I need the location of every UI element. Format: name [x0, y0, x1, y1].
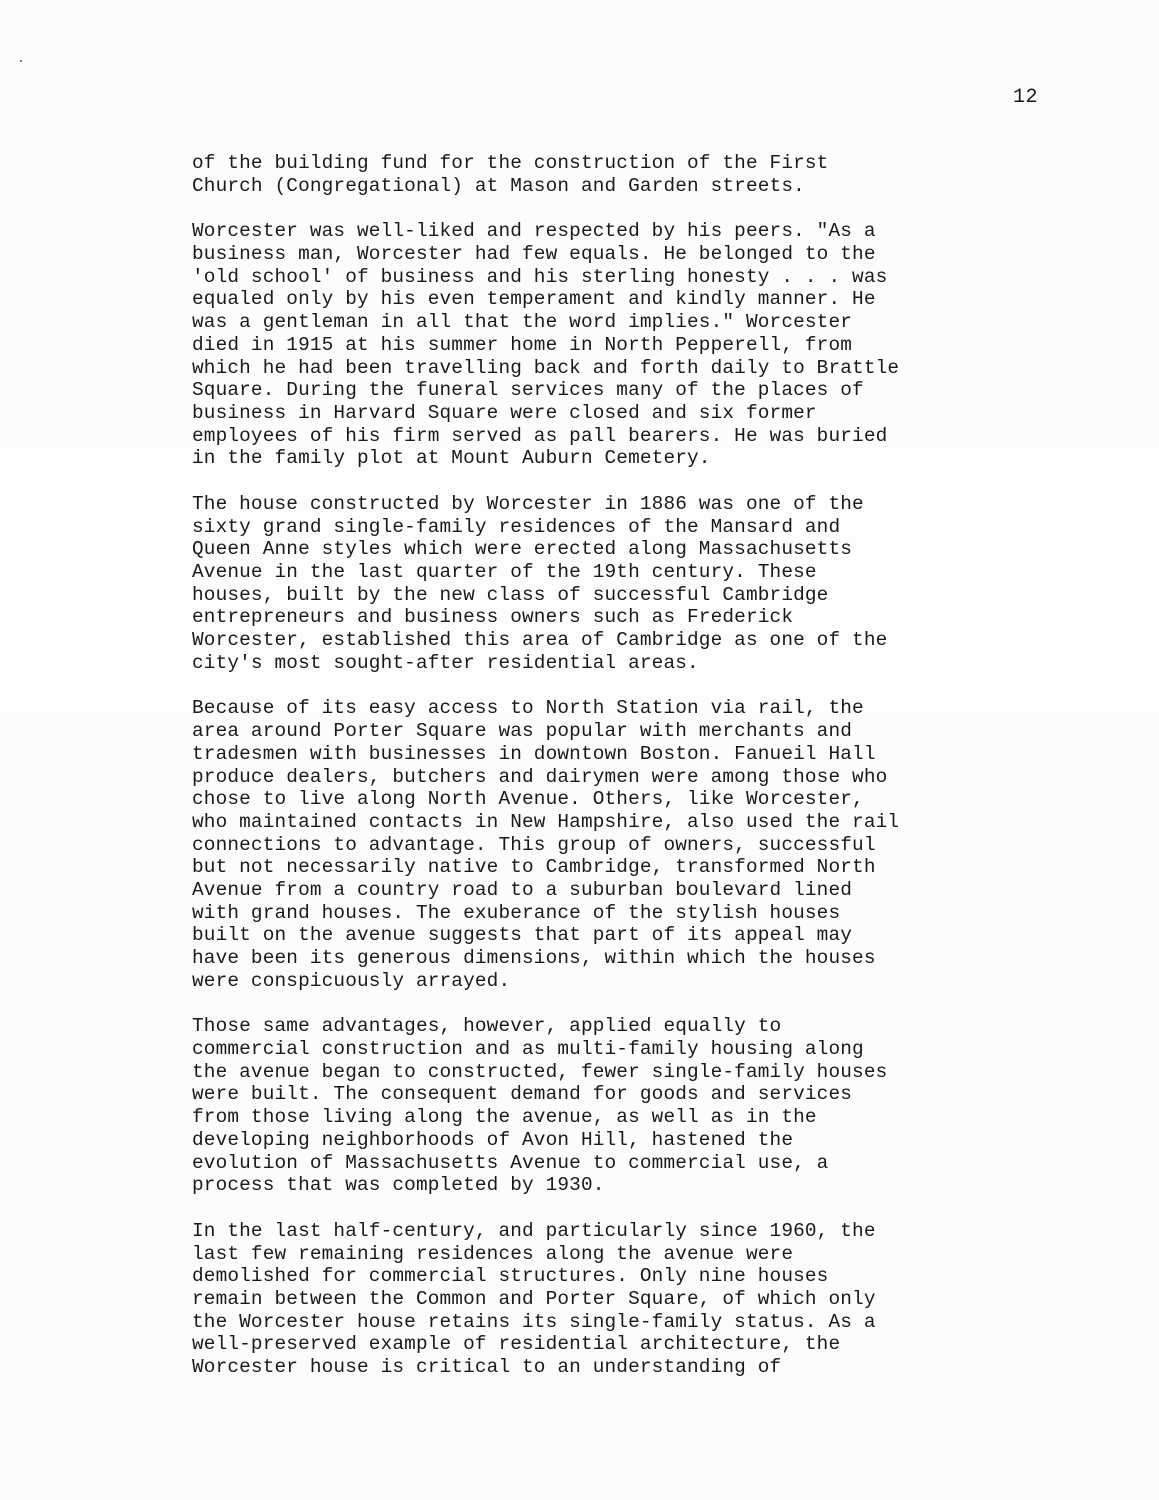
text-line: Avenue from a country road to a suburban… — [192, 879, 1032, 902]
text-line: died in 1915 at his summer home in North… — [192, 334, 1032, 357]
text-line: produce dealers, butchers and dairymen w… — [192, 766, 1032, 789]
text-line: Worcester was well-liked and respected b… — [192, 220, 1032, 243]
text-line: process that was completed by 1930. — [192, 1174, 1032, 1197]
text-line: were built. The consequent demand for go… — [192, 1083, 1032, 1106]
text-line: Because of its easy access to North Stat… — [192, 697, 1032, 720]
text-line: The house constructed by Worcester in 18… — [192, 493, 1032, 516]
paragraph: The house constructed by Worcester in 18… — [192, 493, 1032, 675]
text-line: sixty grand single-family residences of … — [192, 516, 1032, 539]
text-line: was a gentleman in all that the word imp… — [192, 311, 1032, 334]
text-line: which he had been travelling back and fo… — [192, 357, 1032, 380]
text-line: chose to live along North Avenue. Others… — [192, 788, 1032, 811]
text-line: area around Porter Square was popular wi… — [192, 720, 1032, 743]
paragraph: of the building fund for the constructio… — [192, 152, 1032, 197]
text-line: commercial construction and as multi-fam… — [192, 1038, 1032, 1061]
text-line: city's most sought-after residential are… — [192, 652, 1032, 675]
text-line: connections to advantage. This group of … — [192, 834, 1032, 857]
text-line: Queen Anne styles which were erected alo… — [192, 538, 1032, 561]
text-line: houses, built by the new class of succes… — [192, 584, 1032, 607]
text-line: Those same advantages, however, applied … — [192, 1015, 1032, 1038]
scan-speck — [20, 60, 22, 62]
paragraph: Worcester was well-liked and respected b… — [192, 220, 1032, 470]
text-line: Square. During the funeral services many… — [192, 379, 1032, 402]
text-line: business man, Worcester had few equals. … — [192, 243, 1032, 266]
text-line: evolution of Massachusetts Avenue to com… — [192, 1152, 1032, 1175]
paragraph: In the last half-century, and particular… — [192, 1220, 1032, 1379]
text-line: developing neighborhoods of Avon Hill, h… — [192, 1129, 1032, 1152]
text-line: Worcester, established this area of Camb… — [192, 629, 1032, 652]
text-line: employees of his firm served as pall bea… — [192, 425, 1032, 448]
text-line: were conspicuously arrayed. — [192, 970, 1032, 993]
text-line: built on the avenue suggests that part o… — [192, 924, 1032, 947]
text-line: well-preserved example of residential ar… — [192, 1333, 1032, 1356]
text-line: of the building fund for the constructio… — [192, 152, 1032, 175]
text-line: In the last half-century, and particular… — [192, 1220, 1032, 1243]
text-line: have been its generous dimensions, withi… — [192, 947, 1032, 970]
paragraph: Because of its easy access to North Stat… — [192, 697, 1032, 992]
text-line: in the family plot at Mount Auburn Cemet… — [192, 447, 1032, 470]
document-page: 12 of the building fund for the construc… — [0, 0, 1159, 1500]
text-line: Worcester house is critical to an unders… — [192, 1356, 1032, 1379]
text-line: remain between the Common and Porter Squ… — [192, 1288, 1032, 1311]
text-line: from those living along the avenue, as w… — [192, 1106, 1032, 1129]
text-line: last few remaining residences along the … — [192, 1243, 1032, 1266]
paragraph: Those same advantages, however, applied … — [192, 1015, 1032, 1197]
page-number: 12 — [1013, 86, 1038, 109]
text-line: equaled only by his even temperament and… — [192, 288, 1032, 311]
text-line: tradesmen with businesses in downtown Bo… — [192, 743, 1032, 766]
text-line: entrepreneurs and business owners such a… — [192, 606, 1032, 629]
text-line: Avenue in the last quarter of the 19th c… — [192, 561, 1032, 584]
text-line: business in Harvard Square were closed a… — [192, 402, 1032, 425]
text-line: with grand houses. The exuberance of the… — [192, 902, 1032, 925]
text-line: the avenue began to constructed, fewer s… — [192, 1061, 1032, 1084]
text-line: 'old school' of business and his sterlin… — [192, 266, 1032, 289]
text-line: who maintained contacts in New Hampshire… — [192, 811, 1032, 834]
text-line: but not necessarily native to Cambridge,… — [192, 856, 1032, 879]
text-line: Church (Congregational) at Mason and Gar… — [192, 175, 1032, 198]
text-line: demolished for commercial structures. On… — [192, 1265, 1032, 1288]
text-line: the Worcester house retains its single-f… — [192, 1311, 1032, 1334]
body-text: of the building fund for the constructio… — [192, 152, 1032, 1402]
